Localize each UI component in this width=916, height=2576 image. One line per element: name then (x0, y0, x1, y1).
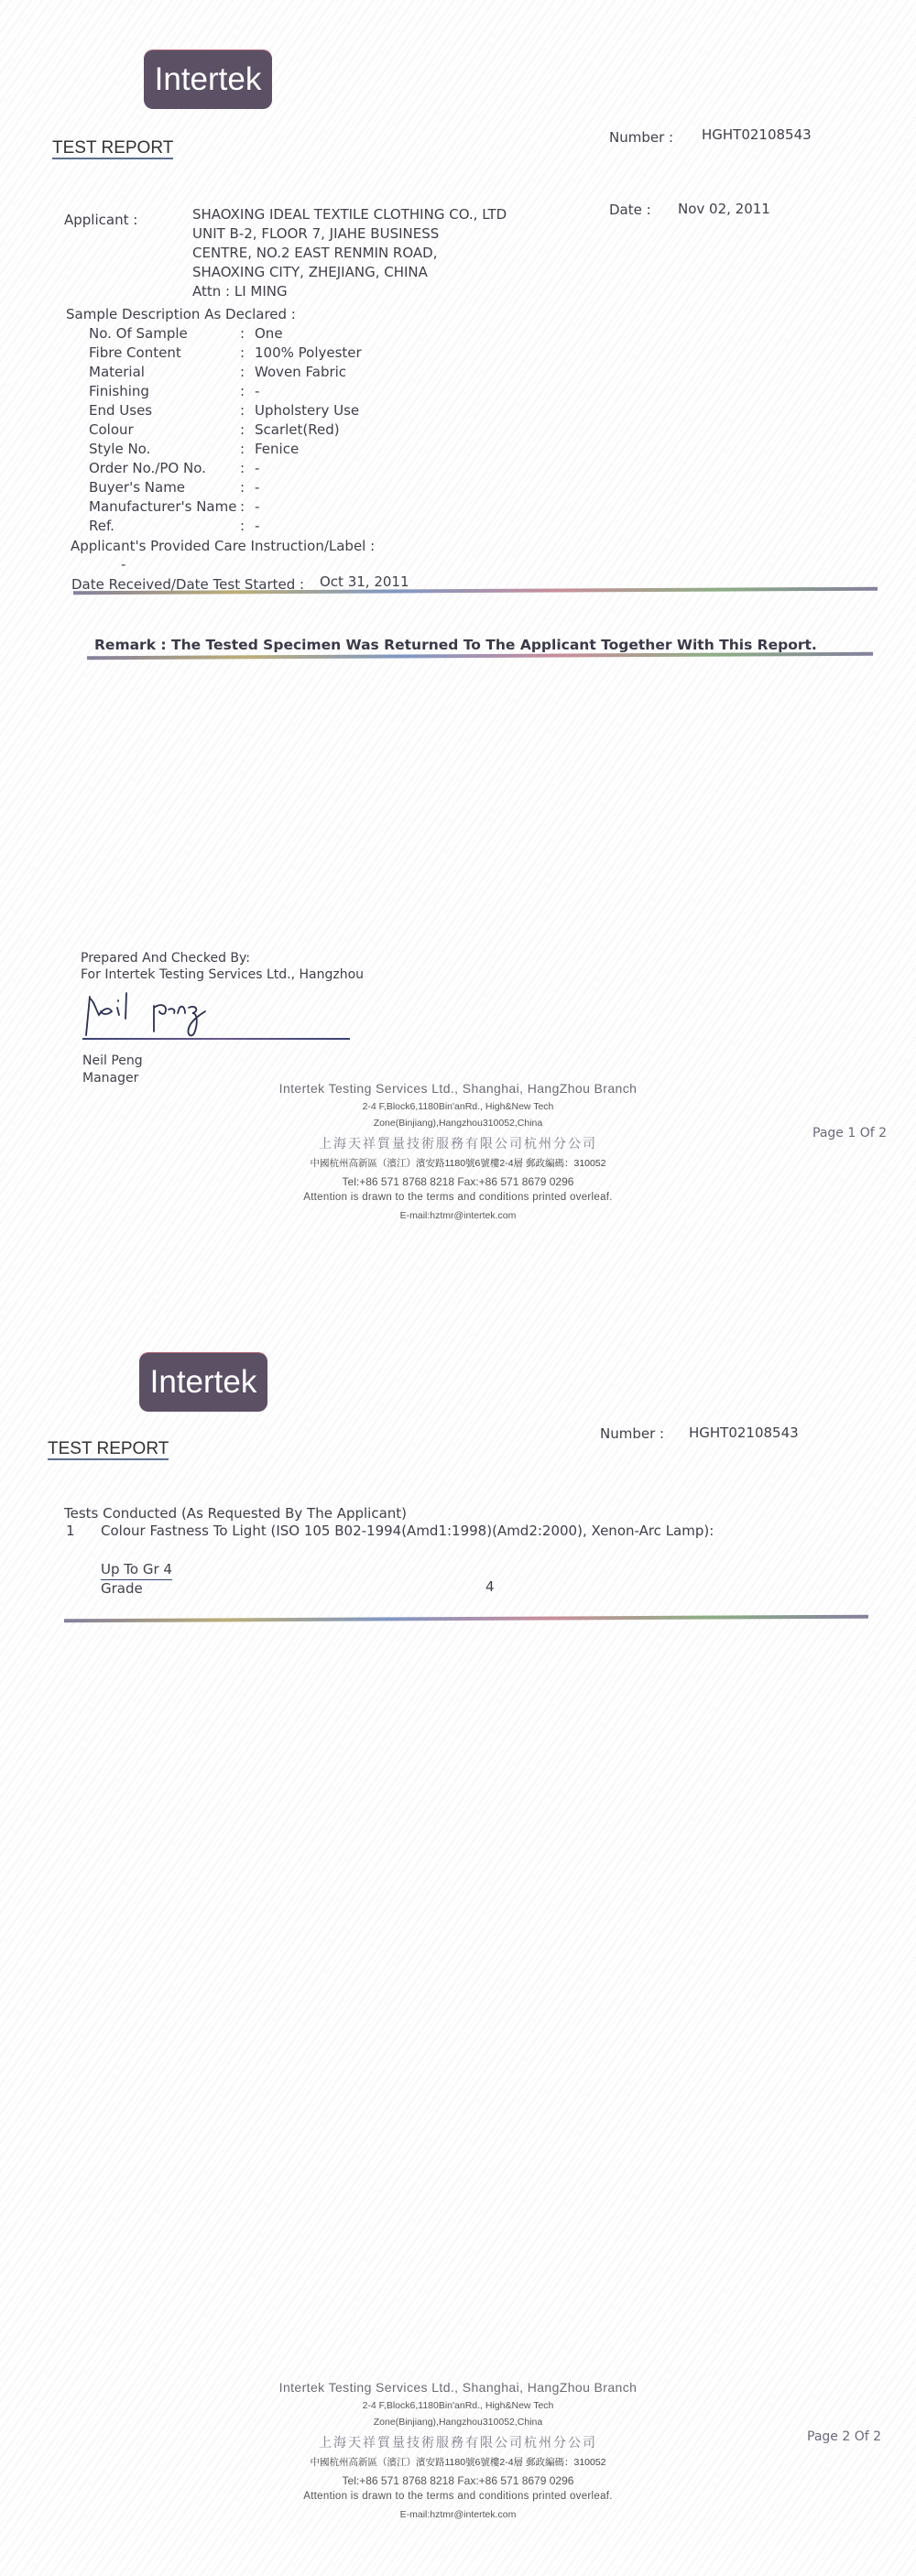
remark-text: Remark : The Tested Specimen Was Returne… (94, 637, 817, 653)
applicant-line: SHAOXING CITY, ZHEJIANG, CHINA (192, 263, 507, 282)
tests-conducted-heading: Tests Conducted (As Requested By The App… (64, 1504, 407, 1523)
field-label: Fibre Content (89, 344, 240, 361)
page-number: Page 1 Of 2 (812, 1126, 887, 1141)
footer-company: Intertek Testing Services Ltd., Shanghai… (234, 1081, 682, 1096)
footer-address-chinese: 中國杭州高新區（濱江）濱安路1180號6號樓2-4層 郵政編碼：310052 (234, 1156, 682, 1170)
field-value: - (255, 518, 259, 534)
field-label: Finishing (89, 383, 240, 399)
test-name: Colour Fastness To Light (ISO 105 B02-19… (101, 1522, 714, 1541)
page-2-footer: Intertek Testing Services Ltd., Shanghai… (234, 2380, 682, 2520)
field-value: Scarlet(Red) (255, 421, 340, 438)
report-date-value: Nov 02, 2011 (678, 200, 770, 219)
page-number: Page 2 Of 2 (807, 2429, 881, 2444)
prepared-for-label: For Intertek Testing Services Ltd., Hang… (81, 967, 364, 982)
test-result-label: Grade (101, 1579, 143, 1599)
footer-address-chinese: 中國杭州高新區（濱江）濱安路1180號6號樓2-4層 郵政編碼：310052 (234, 2455, 682, 2469)
field-value: 100% Polyester (255, 344, 362, 361)
footer-tel-fax: Tel:+86 571 8768 8218 Fax:+86 571 8679 0… (234, 1175, 682, 1188)
field-value: Fenice (255, 441, 299, 457)
page-1-footer: Intertek Testing Services Ltd., Shanghai… (234, 1081, 682, 1221)
field-label: Style No. (89, 441, 240, 457)
sample-field-row: End Uses:Upholstery Use (89, 402, 359, 419)
intertek-logo: Intertek (139, 1353, 267, 1412)
report-number-label: Number : (600, 1424, 664, 1444)
field-value: Upholstery Use (255, 402, 359, 419)
field-value: Woven Fabric (255, 364, 346, 380)
field-value: - (255, 479, 259, 496)
report-number-value: HGHT02108543 (702, 126, 812, 145)
sample-field-row: Finishing:- (89, 383, 259, 399)
sample-field-row: Material:Woven Fabric (89, 364, 346, 380)
field-label: Colour (89, 421, 240, 438)
sample-field-row: Ref.:- (89, 518, 259, 534)
footer-company: Intertek Testing Services Ltd., Shanghai… (234, 2380, 682, 2395)
report-number-value: HGHT02108543 (689, 1424, 799, 1443)
field-label: Buyer's Name (89, 479, 240, 496)
field-value: - (255, 498, 259, 515)
footer-company-chinese: 上海天祥質量技術服務有限公司杭州分公司 (234, 2433, 682, 2451)
footer-address-1: 2-4 F,Block6,1180Bin'anRd., High&New Tec… (234, 2400, 682, 2411)
footer-attention: Attention is drawn to the terms and cond… (234, 2491, 682, 2502)
signature-line (82, 1038, 350, 1040)
footer-company-chinese: 上海天祥質量技術服務有限公司杭州分公司 (234, 1134, 682, 1152)
footer-email: E-mail:hztmr@intertek.com (234, 1210, 682, 1221)
field-label: End Uses (89, 402, 240, 419)
footer-address-1: 2-4 F,Block6,1180Bin'anRd., High&New Tec… (234, 1101, 682, 1112)
report-title: TEST REPORT (48, 1440, 169, 1460)
sample-field-row: Manufacturer's Name:- (89, 498, 259, 515)
field-value: - (255, 383, 259, 399)
test-index: 1 (66, 1522, 75, 1541)
sample-description-heading: Sample Description As Declared : (66, 305, 296, 324)
signer-title: Manager (82, 1071, 138, 1086)
prepared-by-label: Prepared And Checked By: (81, 951, 250, 966)
sample-field-row: Order No./PO No.:- (89, 460, 259, 476)
applicant-address: SHAOXING IDEAL TEXTILE CLOTHING CO., LTD… (192, 205, 507, 301)
field-label: Ref. (89, 518, 240, 534)
care-instruction-label: Applicant's Provided Care Instruction/La… (71, 537, 375, 556)
field-label: Order No./PO No. (89, 460, 240, 476)
sample-field-row: Fibre Content:100% Polyester (89, 344, 362, 361)
sample-field-row: Buyer's Name:- (89, 479, 259, 496)
report-title: TEST REPORT (52, 139, 173, 159)
field-label: Manufacturer's Name (89, 498, 240, 515)
applicant-line: CENTRE, NO.2 EAST RENMIN ROAD, (192, 244, 507, 263)
report-date-label: Date : (609, 201, 651, 220)
footer-email: E-mail:hztmr@intertek.com (234, 2509, 682, 2520)
applicant-line: SHAOXING IDEAL TEXTILE CLOTHING CO., LTD (192, 205, 507, 224)
applicant-line: UNIT B-2, FLOOR 7, JIAHE BUSINESS (192, 224, 507, 244)
footer-address-2: Zone(Binjiang),Hangzhou310052,China (234, 2417, 682, 2428)
remark-divider (87, 652, 873, 660)
test-requirement: Up To Gr 4 (101, 1560, 172, 1580)
applicant-attn: Attn : LI MING (192, 282, 507, 301)
footer-address-2: Zone(Binjiang),Hangzhou310052,China (234, 1118, 682, 1129)
test-result-value: 4 (485, 1577, 495, 1597)
footer-attention: Attention is drawn to the terms and cond… (234, 1192, 682, 1203)
sample-field-row: Style No.:Fenice (89, 441, 299, 457)
report-number-label: Number : (609, 128, 673, 147)
section-divider (64, 1615, 868, 1623)
signer-name: Neil Peng (82, 1053, 143, 1068)
field-label: Material (89, 364, 240, 380)
applicant-label: Applicant : (64, 211, 137, 230)
field-value: One (255, 325, 283, 342)
care-instruction-value: - (121, 555, 125, 574)
field-label: No. Of Sample (89, 325, 240, 342)
intertek-logo: Intertek (144, 50, 272, 109)
footer-tel-fax: Tel:+86 571 8768 8218 Fax:+86 571 8679 0… (234, 2474, 682, 2487)
signature-image (81, 988, 227, 1039)
field-value: - (255, 460, 259, 476)
sample-field-row: Colour:Scarlet(Red) (89, 421, 340, 438)
sample-field-row: No. Of Sample:One (89, 325, 283, 342)
